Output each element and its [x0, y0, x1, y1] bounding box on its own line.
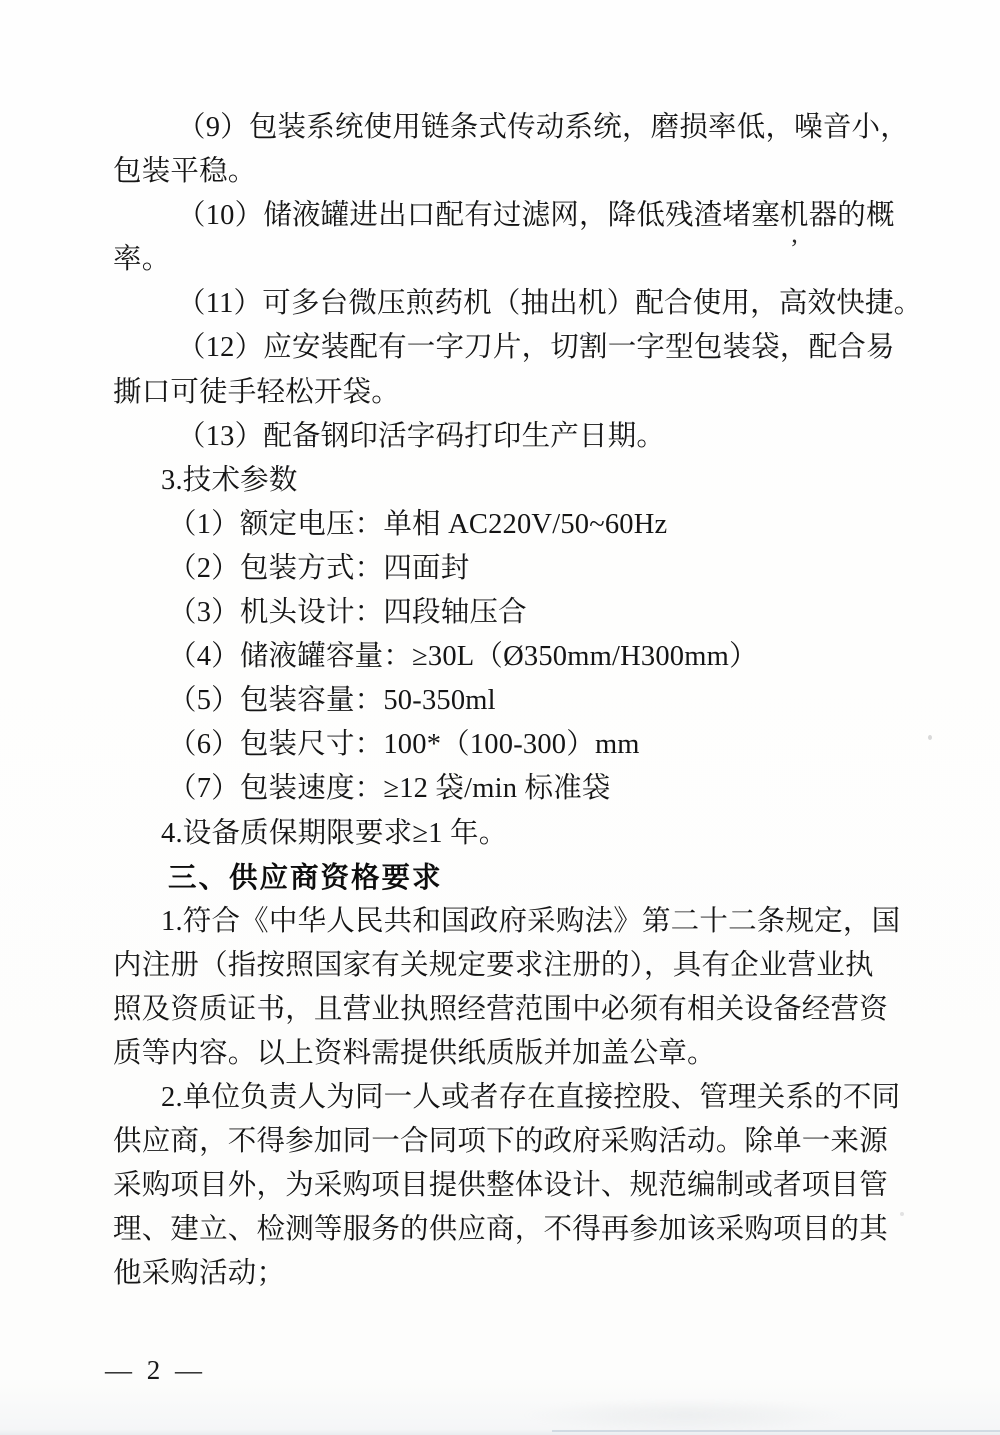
text-line: （3）机头设计：四段轴压合 — [113, 591, 898, 635]
text-line: （12）应安装配有一字刀片，切割一字型包装袋，配合易 — [113, 326, 898, 370]
text-line: 1.符合《中华人民共和国政府采购法》第二十二条规定，国 — [113, 900, 898, 944]
text-line: 4.设备质保期限要求≥1 年。 — [113, 812, 898, 856]
text-line: 内注册（指按照国家有关规定要求注册的），具有企业营业执 — [113, 944, 898, 988]
text-line: （7）包装速度：≥12 袋/min 标准袋 — [113, 767, 898, 811]
text-line: 2.单位负责人为同一人或者存在直接控股、管理关系的不同 — [113, 1076, 898, 1120]
scan-smudge — [520, 1398, 850, 1432]
section-heading: 三、供应商资格要求 — [113, 856, 898, 900]
text-line: 照及资质证书，且营业执照经营范围中必须有相关设备经营资 — [113, 988, 898, 1032]
document-text-block: （9）包装系统使用链条式传动系统，磨损率低，噪音小， 包装平稳。 （10）储液罐… — [113, 106, 898, 1297]
scan-edge-line — [552, 1430, 1000, 1432]
text-line: 他采购活动； — [113, 1252, 898, 1296]
text-line: （11）可多台微压煎药机（抽出机）配合使用，高效快捷。 — [113, 282, 898, 326]
text-line: 率。 — [113, 238, 898, 282]
text-line: 供应商，不得参加同一合同项下的政府采购活动。除单一来源 — [113, 1120, 898, 1164]
scanned-document-page: （9）包装系统使用链条式传动系统，磨损率低，噪音小， 包装平稳。 （10）储液罐… — [0, 0, 1000, 1435]
scan-artifact-mark: ’ — [790, 234, 799, 264]
text-line: （9）包装系统使用链条式传动系统，磨损率低，噪音小， — [113, 106, 898, 150]
text-line: 撕口可徒手轻松开袋。 — [113, 371, 898, 415]
text-line: 质等内容。以上资料需提供纸质版并加盖公章。 — [113, 1032, 898, 1076]
page-number: — 2 — — [105, 1350, 206, 1390]
scan-speck — [928, 735, 932, 740]
text-line: （5）包装容量：50-350ml — [113, 679, 898, 723]
scan-speck — [900, 1212, 904, 1216]
text-line: （13）配备钢印活字码打印生产日期。 — [113, 415, 898, 459]
text-line: （10）储液罐进出口配有过滤网，降低残渣堵塞机器的概 — [113, 194, 898, 238]
text-line: （6）包装尺寸：100*（100-300）mm — [113, 723, 898, 767]
text-line: 理、建立、检测等服务的供应商，不得再参加该采购项目的其 — [113, 1208, 898, 1252]
text-line: （2）包装方式：四面封 — [113, 547, 898, 591]
text-line: 包装平稳。 — [113, 150, 898, 194]
text-line: 3.技术参数 — [113, 459, 898, 503]
text-line: 采购项目外，为采购项目提供整体设计、规范编制或者项目管 — [113, 1164, 898, 1208]
text-line: （4）储液罐容量：≥30L（Ø350mm/H300mm） — [113, 635, 898, 679]
text-line: （1）额定电压：单相 AC220V/50~60Hz — [113, 503, 898, 547]
